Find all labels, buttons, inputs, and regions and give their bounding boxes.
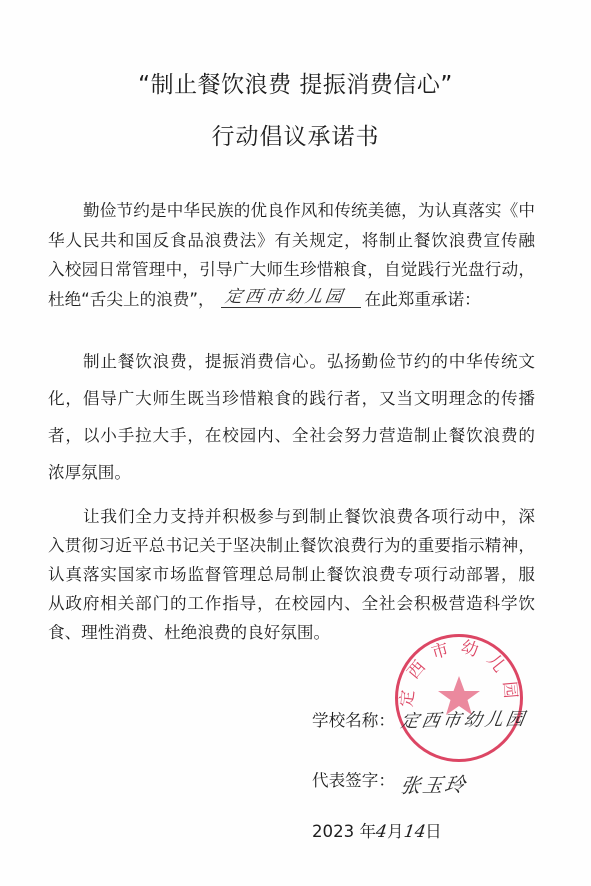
date-day-handwritten: 14	[402, 822, 426, 842]
paragraph-line: 入校园日常管理中，引导广大师生珍惜粮食，自觉践行光盘行动，	[48, 255, 535, 285]
school-name-row: 学校名称：定西市幼儿园	[312, 706, 527, 732]
paragraph-intro: 勤俭节约是中华民族的优良作风和传统美德，为认真落实《中 华人民共和国反食品浪费法…	[48, 196, 535, 314]
paragraph-line: 华人民共和国反食品浪费法》有关规定，将制止餐饮浪费宣传融	[48, 226, 535, 256]
paragraph-line: 从政府相关部门的工作指导，在校园内、全社会积极营造科学饮	[48, 589, 535, 618]
document-title: “制止餐饮浪费 提振消费信心”	[0, 68, 591, 102]
paragraph-line: 制止餐饮浪费，提振消费信心。弘扬勤俭节约的中华传统文	[48, 343, 535, 380]
paragraph-line: 者，以小手拉大手，在校园内、全社会努力营造制止餐饮浪费的	[48, 417, 535, 454]
date-row: 2023 年4月14日	[312, 818, 442, 842]
document-subtitle: 行动倡议承诺书	[0, 120, 591, 154]
school-name-signature: 定西市幼儿园	[399, 705, 529, 733]
date-day-unit: 日	[425, 822, 442, 841]
paragraph-line: 浓厚氛围。	[48, 454, 535, 491]
paragraph-line: 化，倡导广大师生既当珍惜粮食的践行者，又当文明理念的传播	[48, 380, 535, 417]
paragraph-line-with-blank: 杜绝“舌尖上的浪费”，定西市幼儿园在此郑重承诺：	[48, 285, 535, 315]
paragraph-commitment: 制止餐饮浪费，提振消费信心。弘扬勤俭节约的中华传统文 化，倡导广大师生既当珍惜粮…	[48, 343, 535, 491]
paragraph-line: 勤俭节约是中华民族的优良作风和传统美德，为认真落实《中	[48, 196, 535, 226]
school-name-label: 学校名称：	[312, 711, 395, 730]
document-page: “制止餐饮浪费 提振消费信心” 行动倡议承诺书 勤俭节约是中华民族的优良作风和传…	[0, 0, 591, 886]
line-prefix: 杜绝“舌尖上的浪费”，	[48, 290, 215, 309]
date-year: 2023 年	[312, 822, 376, 841]
representative-label: 代表签字：	[312, 771, 395, 790]
fill-in-blank: 定西市幼儿园	[221, 287, 361, 308]
representative-row: 代表签字：张玉玲	[312, 763, 467, 792]
seal-graphic: 定西市幼儿园	[395, 634, 523, 762]
paragraph-call-to-action: 让我们全力支持并积极参与到制止餐饮浪费各项行动中，深 入贯彻习近平总书记关于坚决…	[48, 502, 535, 647]
official-seal: 定西市幼儿园	[395, 634, 523, 762]
seal-text: 定西市幼儿园	[397, 637, 521, 709]
paragraph-line: 认真落实国家市场监督管理总局制止餐饮浪费专项行动部署，服	[48, 560, 535, 589]
representative-signature: 张玉玲	[399, 768, 470, 798]
date-month-unit: 月	[387, 822, 404, 841]
paragraph-line: 入贯彻习近平总书记关于坚决制止餐饮浪费行为的重要指示精神，	[48, 531, 535, 560]
line-suffix: 在此郑重承诺：	[365, 290, 481, 309]
handwritten-school-name: 定西市幼儿园	[222, 283, 346, 313]
paragraph-line: 食、理性消费、杜绝浪费的良好氛围。	[48, 618, 535, 647]
paragraph-line: 让我们全力支持并积极参与到制止餐饮浪费各项行动中，深	[48, 502, 535, 531]
